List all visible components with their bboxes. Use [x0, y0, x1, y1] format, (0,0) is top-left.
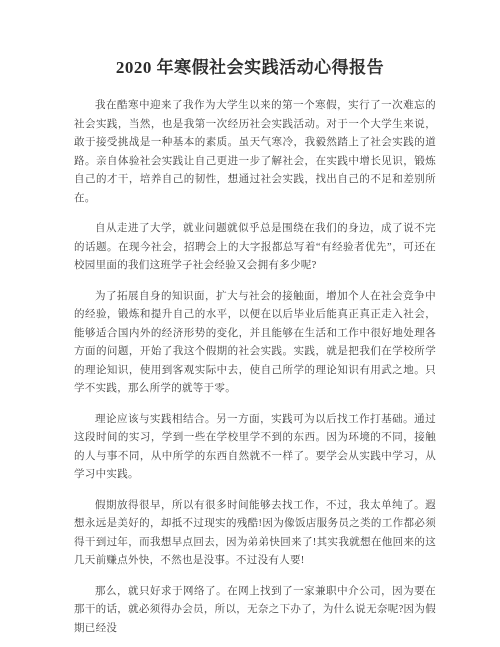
document-page: 2020 年寒假社会实践活动心得报告 我在酷寒中迎来了我作为大学生以来的第一个寒… — [0, 0, 500, 647]
paragraph-2: 自从走进了大学，就业问题就似乎总是围绕在我们的身边，成了说不完的话题。在现今社会… — [74, 220, 436, 276]
paragraph-4: 理论应该与实践相结合。另一方面，实践可为以后找工作打基础。通过这段时间的实习，学… — [74, 411, 436, 485]
paragraph-3: 为了拓展自身的知识面，扩大与社会的接触面，增加个人在社会竞争中的经验，锻炼和提升… — [74, 288, 436, 399]
paragraph-6: 那么，就只好求于网络了。在网上找到了一家兼职中介公司，因为要在那干的话，就必须得… — [74, 583, 436, 639]
document-title: 2020 年寒假社会实践活动心得报告 — [64, 56, 436, 80]
paragraph-5: 假期放得很早，所以有很多时间能够去找工作，不过，我太单纯了。遐想永远是美好的，却… — [74, 497, 436, 571]
document-body: 我在酷寒中迎来了我作为大学生以来的第一个寒假，实行了一次难忘的社会实践，当然，也… — [74, 97, 436, 638]
paragraph-1: 我在酷寒中迎来了我作为大学生以来的第一个寒假，实行了一次难忘的社会实践，当然，也… — [74, 97, 436, 208]
